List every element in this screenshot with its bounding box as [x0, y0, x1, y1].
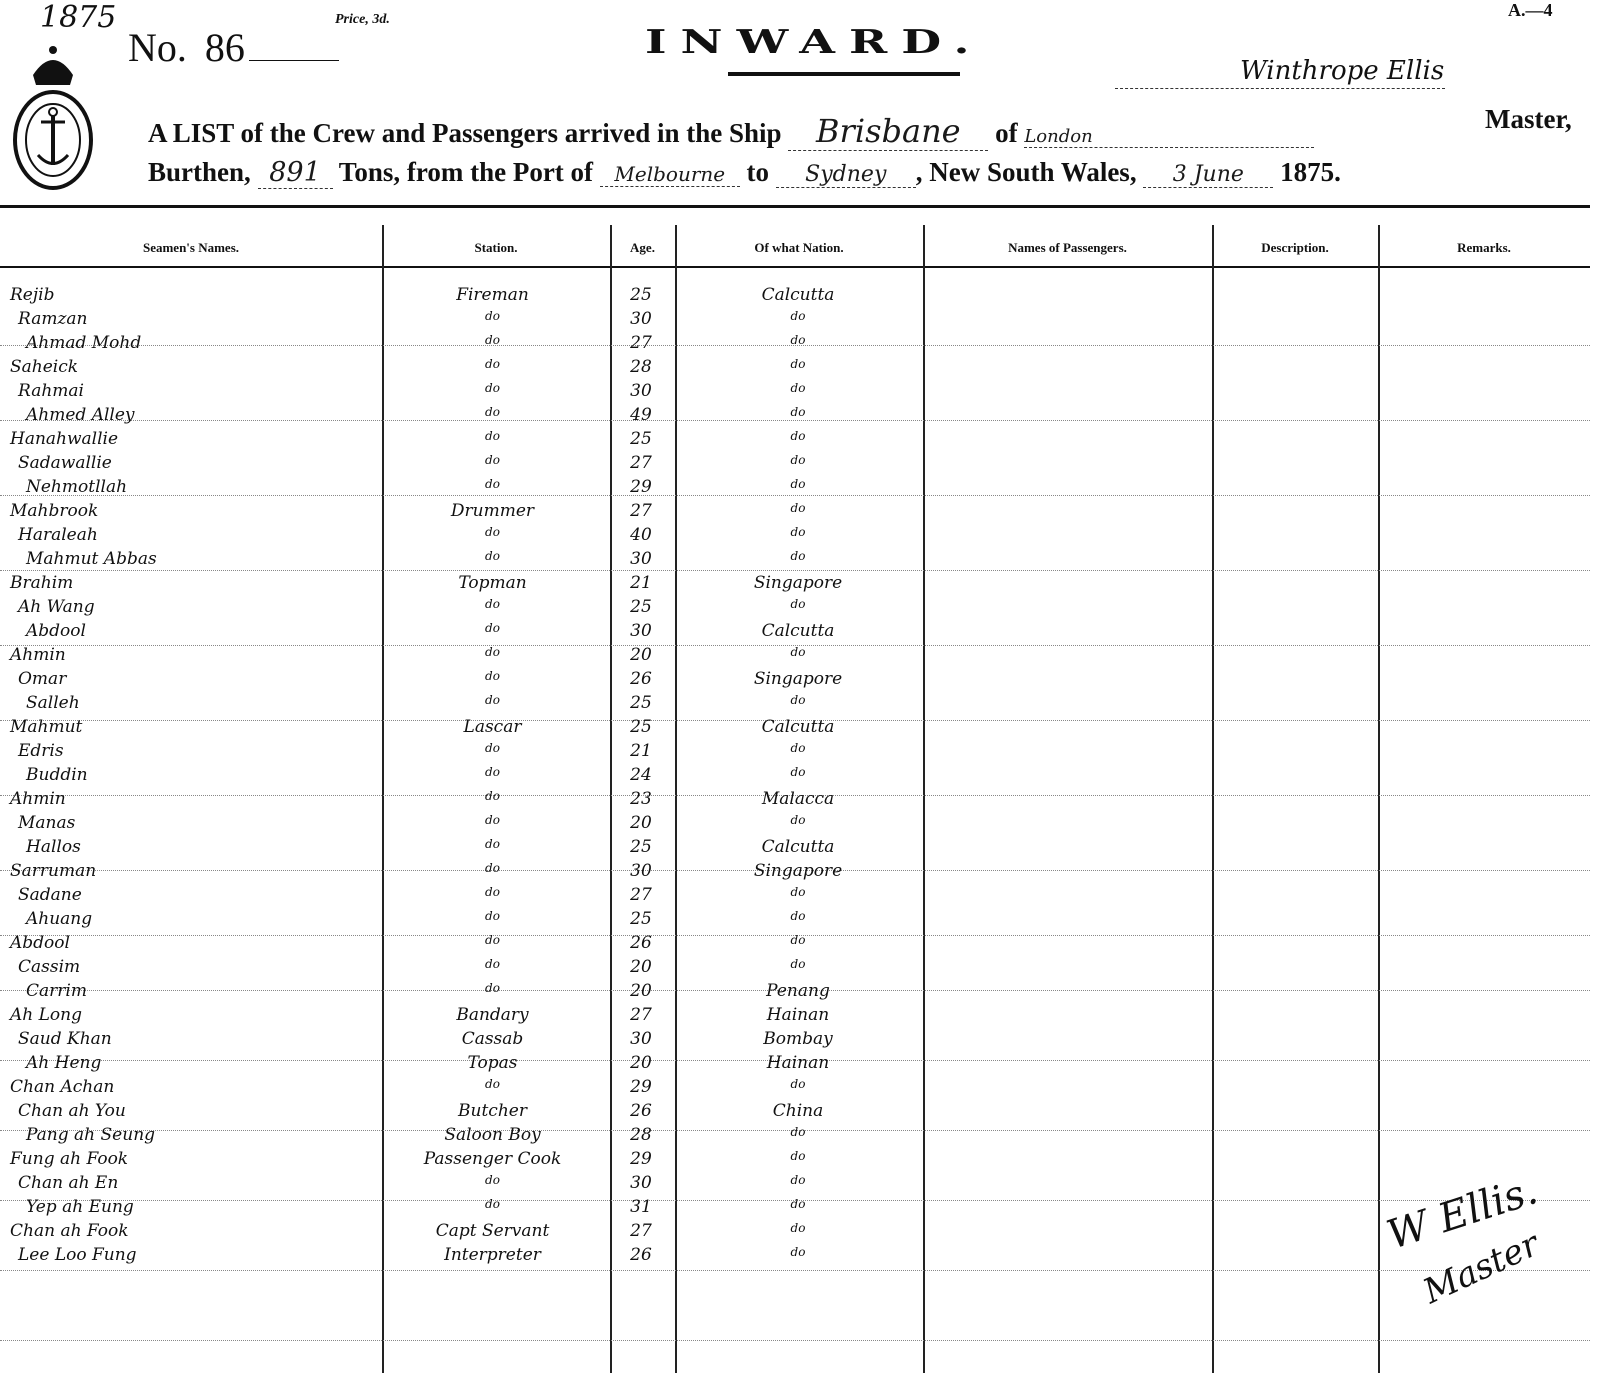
crew-station: do [385, 861, 600, 875]
table-row: Ah LongBandary27Hainan [0, 1005, 1590, 1030]
crew-name: Omar [18, 669, 66, 689]
crew-nation: Calcutta [678, 837, 918, 857]
list-heading: A LIST of the Crew and Passengers arrive… [148, 118, 782, 148]
crew-nation: Singapore [678, 573, 918, 593]
crew-age: 26 [612, 669, 670, 689]
crew-name: Manas [18, 813, 75, 833]
table-row: Fung ah FookPassenger Cook29do [0, 1149, 1590, 1174]
master-name-line [1115, 88, 1445, 89]
table-row: Abdooldo26do [0, 933, 1590, 958]
crew-station: do [385, 885, 600, 899]
crew-nation: Malacca [678, 789, 918, 809]
crew-station: do [385, 981, 600, 995]
crew-nation: do [678, 1221, 918, 1235]
crew-name: Chan ah You [18, 1101, 126, 1121]
master-label: Master, [1485, 104, 1572, 135]
crew-station: Fireman [385, 285, 600, 305]
crew-name: Chan ah En [18, 1173, 118, 1193]
crew-age: 40 [612, 525, 670, 545]
crew-name: Fung ah Fook [10, 1149, 128, 1169]
crew-nation: do [678, 1149, 918, 1163]
crew-age: 25 [612, 837, 670, 857]
crew-age: 26 [612, 1245, 670, 1265]
crew-nation: do [678, 597, 918, 611]
ship-name: Brisbane [788, 112, 988, 151]
table-row: Lee Loo FungInterpreter26do [0, 1245, 1590, 1270]
crew-station: do [385, 741, 600, 755]
crew-nation: do [678, 741, 918, 755]
crew-name: Chan ah Fook [10, 1221, 129, 1241]
crew-station: do [385, 645, 600, 659]
crew-name: Ahmin [10, 645, 66, 665]
crew-station: do [385, 933, 600, 947]
master-name: Winthrope Ellis [1240, 56, 1444, 86]
table-row: Nehmotllahdo29do [0, 477, 1590, 502]
crew-age: 27 [612, 333, 670, 353]
crew-age: 49 [612, 405, 670, 425]
table-row: Manasdo20do [0, 813, 1590, 838]
crew-nation: do [678, 501, 918, 515]
crew-age: 20 [612, 645, 670, 665]
crew-age: 20 [612, 981, 670, 1001]
table-row: Sallehdo25do [0, 693, 1590, 718]
crew-name: Edris [18, 741, 64, 761]
crew-age: 30 [612, 861, 670, 881]
of-label: of [995, 118, 1018, 148]
crew-nation: do [678, 693, 918, 707]
crew-age: 28 [612, 357, 670, 377]
crew-station: do [385, 525, 600, 539]
port-of-registry: London [1024, 126, 1314, 148]
crew-nation: do [678, 525, 918, 539]
crew-nation: do [678, 1077, 918, 1091]
table-row: Pang ah SeungSaloon Boy28do [0, 1125, 1590, 1150]
crew-age: 28 [612, 1125, 670, 1145]
crew-age: 27 [612, 453, 670, 473]
folio-mark: 1875 [40, 0, 116, 35]
crew-name: Buddin [26, 765, 88, 785]
from-port: Melbourne [600, 162, 740, 187]
crew-age: 27 [612, 1005, 670, 1025]
table-row: Saud KhanCassab30Bombay [0, 1029, 1590, 1054]
table-row: Chan ah FookCapt Servant27do [0, 1221, 1590, 1246]
crew-nation: do [678, 1125, 918, 1139]
crew-age: 25 [612, 693, 670, 713]
table-row: Carrimdo20Penang [0, 981, 1590, 1006]
form-number-value: 86 [205, 25, 245, 70]
table-row: Sadawalliedo27do [0, 453, 1590, 478]
crew-station: do [385, 333, 600, 347]
column-header-station: Station. [382, 240, 610, 256]
crew-age: 21 [612, 741, 670, 761]
crew-name: Ah Wang [18, 597, 95, 617]
crew-name: Cassim [18, 957, 80, 977]
crew-station: do [385, 837, 600, 851]
crew-name: Nehmotllah [26, 477, 127, 497]
crew-station: do [385, 789, 600, 803]
header-line-1: A LIST of the Crew and Passengers arrive… [148, 112, 1314, 151]
table-row: Chan ah Endo30do [0, 1173, 1590, 1198]
form-code: A.—4 [1508, 0, 1553, 21]
crew-station: do [385, 429, 600, 443]
crew-name: Ahmin [10, 789, 66, 809]
crew-age: 26 [612, 933, 670, 953]
crew-age: 31 [612, 1197, 670, 1217]
crew-name: Rahmai [18, 381, 84, 401]
crew-station: Topman [385, 573, 600, 593]
crew-station: do [385, 1077, 600, 1091]
crew-name: Sadawallie [18, 453, 112, 473]
crew-nation: China [678, 1101, 918, 1121]
crew-nation: Hainan [678, 1005, 918, 1025]
table-row: Chan ah YouButcher26China [0, 1101, 1590, 1126]
price-label: Price, 3d. [335, 12, 390, 28]
column-header-passenger-names: Names of Passengers. [923, 240, 1212, 256]
table-row: MahbrookDrummer27do [0, 501, 1590, 526]
crew-nation: do [678, 1245, 918, 1259]
table-row: Sadanedo27do [0, 885, 1590, 910]
crew-age: 27 [612, 1221, 670, 1241]
crew-age: 20 [612, 957, 670, 977]
column-header-nation: Of what Nation. [675, 240, 923, 256]
crew-age: 30 [612, 381, 670, 401]
state-label: , New South Wales, [916, 157, 1137, 187]
table-row: Ahmindo23Malacca [0, 789, 1590, 814]
arrival-date: 3 June [1143, 162, 1273, 188]
crew-name: Chan Achan [10, 1077, 114, 1097]
crew-station: do [385, 549, 600, 563]
crew-station: Capt Servant [385, 1221, 600, 1241]
crew-name: Rejib [10, 285, 54, 305]
crew-nation: do [678, 333, 918, 347]
table-row: Ahmed Alleydo49do [0, 405, 1590, 430]
crew-station: do [385, 309, 600, 323]
column-header-rule [0, 266, 1590, 268]
crew-nation: do [678, 765, 918, 779]
crew-station: do [385, 957, 600, 971]
crew-station: do [385, 693, 600, 707]
form-number: No. 86 [128, 24, 339, 71]
crew-name: Hanahwallie [10, 429, 118, 449]
crew-age: 29 [612, 477, 670, 497]
crew-age: 30 [612, 309, 670, 329]
crew-nation: do [678, 957, 918, 971]
crew-nation: do [678, 357, 918, 371]
crew-name: Saud Khan [18, 1029, 112, 1049]
crew-nation: do [678, 381, 918, 395]
crew-nation: do [678, 477, 918, 491]
crew-name: Salleh [26, 693, 80, 713]
tons-label: Tons, from the Port of [339, 157, 593, 187]
crew-nation: Singapore [678, 669, 918, 689]
crew-name: Abdool [10, 933, 70, 953]
crew-nation: Penang [678, 981, 918, 1001]
crew-station: do [385, 1197, 600, 1211]
crew-nation: Hainan [678, 1053, 918, 1073]
crew-nation: Calcutta [678, 717, 918, 737]
crew-station: do [385, 1173, 600, 1187]
column-header-age: Age. [610, 240, 675, 256]
crew-age: 27 [612, 885, 670, 905]
crew-nation: do [678, 1197, 918, 1211]
crew-nation: do [678, 933, 918, 947]
title-underline [728, 72, 960, 76]
crew-age: 27 [612, 501, 670, 521]
page-title: INWARD. [645, 22, 983, 61]
crew-station: do [385, 909, 600, 923]
column-header-description: Description. [1212, 240, 1378, 256]
table-row: Cassimdo20do [0, 957, 1590, 982]
to-label: to [747, 157, 770, 187]
crew-nation: Calcutta [678, 621, 918, 641]
table-row: Omardo26Singapore [0, 669, 1590, 694]
crew-name: Ahmad Mohd [26, 333, 141, 353]
table-row: Haraleahdo40do [0, 525, 1590, 550]
crew-station: do [385, 813, 600, 827]
crew-age: 23 [612, 789, 670, 809]
crew-station: do [385, 453, 600, 467]
crew-station: Bandary [385, 1005, 600, 1025]
crew-name: Mahmut Abbas [26, 549, 157, 569]
crew-nation: do [678, 813, 918, 827]
crew-name: Brahim [10, 573, 73, 593]
header-line-2: Burthen, 891 Tons, from the Port of Melb… [148, 157, 1341, 189]
table-row: BrahimTopman21Singapore [0, 573, 1590, 598]
crew-age: 25 [612, 429, 670, 449]
table-row: Rahmaido30do [0, 381, 1590, 406]
crew-name: Sadane [18, 885, 82, 905]
table-row: Hallosdo25Calcutta [0, 837, 1590, 862]
crew-station: Drummer [385, 501, 600, 521]
table-row: Ramzando30do [0, 309, 1590, 334]
crew-age: 21 [612, 573, 670, 593]
crew-nation: do [678, 453, 918, 467]
anchor-crown-seal-icon [8, 40, 98, 190]
crew-name: Saheick [10, 357, 78, 377]
crew-nation: do [678, 309, 918, 323]
table-row: Ahmad Mohddo27do [0, 333, 1590, 358]
crew-station: do [385, 357, 600, 371]
crew-age: 25 [612, 597, 670, 617]
crew-age: 29 [612, 1149, 670, 1169]
crew-station: do [385, 477, 600, 491]
crew-name: Ahmed Alley [26, 405, 135, 425]
crew-name: Ramzan [18, 309, 88, 329]
crew-station: Butcher [385, 1101, 600, 1121]
crew-name: Mahbrook [10, 501, 98, 521]
column-header-seamen-names: Seamen's Names. [0, 240, 382, 256]
tonnage: 891 [258, 157, 333, 189]
table-row: Buddindo24do [0, 765, 1590, 790]
table-row: Edrisdo21do [0, 741, 1590, 766]
crew-station: do [385, 669, 600, 683]
crew-nation: do [678, 1173, 918, 1187]
crew-age: 26 [612, 1101, 670, 1121]
table-top-rule [0, 205, 1590, 208]
crew-station: do [385, 765, 600, 779]
table-row: Ahuangdo25do [0, 909, 1590, 934]
crew-station: Interpreter [385, 1245, 600, 1265]
table-row: Chan Achando29do [0, 1077, 1590, 1102]
crew-age: 30 [612, 621, 670, 641]
crew-nation: do [678, 885, 918, 899]
crew-station: do [385, 405, 600, 419]
crew-age: 25 [612, 717, 670, 737]
crew-nation: do [678, 429, 918, 443]
table-row: MahmutLascar25Calcutta [0, 717, 1590, 742]
crew-name: Ahuang [26, 909, 92, 929]
crew-name: Haraleah [18, 525, 98, 545]
crew-name: Lee Loo Fung [18, 1245, 137, 1265]
table-row: Mahmut Abbasdo30do [0, 549, 1590, 574]
crew-station: Cassab [385, 1029, 600, 1049]
crew-nation: Bombay [678, 1029, 918, 1049]
crew-age: 20 [612, 1053, 670, 1073]
table-row: Ahmindo20do [0, 645, 1590, 670]
crew-station: Passenger Cook [385, 1149, 600, 1169]
crew-name: Ah Long [10, 1005, 82, 1025]
burthen-label: Burthen, [148, 157, 251, 187]
crew-nation: do [678, 549, 918, 563]
crew-nation: do [678, 645, 918, 659]
crew-station: do [385, 621, 600, 635]
crew-age: 25 [612, 285, 670, 305]
arrival-year: 1875. [1280, 157, 1341, 187]
crew-age: 30 [612, 1029, 670, 1049]
table-row: Ah Wangdo25do [0, 597, 1590, 622]
to-port: Sydney [776, 162, 916, 188]
crew-nation: do [678, 909, 918, 923]
crew-nation: Singapore [678, 861, 918, 881]
crew-nation: do [678, 405, 918, 419]
table-row: Hanahwalliedo25do [0, 429, 1590, 454]
crew-name: Ah Heng [26, 1053, 101, 1073]
table-row: RejibFireman25Calcutta [0, 285, 1590, 310]
crew-station: do [385, 597, 600, 611]
table-row: Abdooldo30Calcutta [0, 621, 1590, 646]
crew-station: Saloon Boy [385, 1125, 600, 1145]
table-row: Saheickdo28do [0, 357, 1590, 382]
form-number-prefix: No. [128, 25, 187, 70]
crew-name: Hallos [26, 837, 81, 857]
crew-name: Pang ah Seung [26, 1125, 155, 1145]
crew-name: Sarruman [10, 861, 96, 881]
table-row: Yep ah Eungdo31do [0, 1197, 1590, 1222]
crew-age: 20 [612, 813, 670, 833]
crew-age: 25 [612, 909, 670, 929]
crew-age: 30 [612, 1173, 670, 1193]
crew-name: Yep ah Eung [26, 1197, 134, 1217]
crew-age: 24 [612, 765, 670, 785]
crew-name: Carrim [26, 981, 87, 1001]
crew-name: Abdool [26, 621, 86, 641]
column-header-remarks: Remarks. [1378, 240, 1590, 256]
crew-station: Topas [385, 1053, 600, 1073]
crew-name: Mahmut [10, 717, 82, 737]
crew-station: Lascar [385, 717, 600, 737]
crew-station: do [385, 381, 600, 395]
table-row: Ah HengTopas20Hainan [0, 1053, 1590, 1078]
crew-age: 30 [612, 549, 670, 569]
crew-age: 29 [612, 1077, 670, 1097]
table-row: Sarrumando30Singapore [0, 861, 1590, 886]
crew-nation: Calcutta [678, 285, 918, 305]
